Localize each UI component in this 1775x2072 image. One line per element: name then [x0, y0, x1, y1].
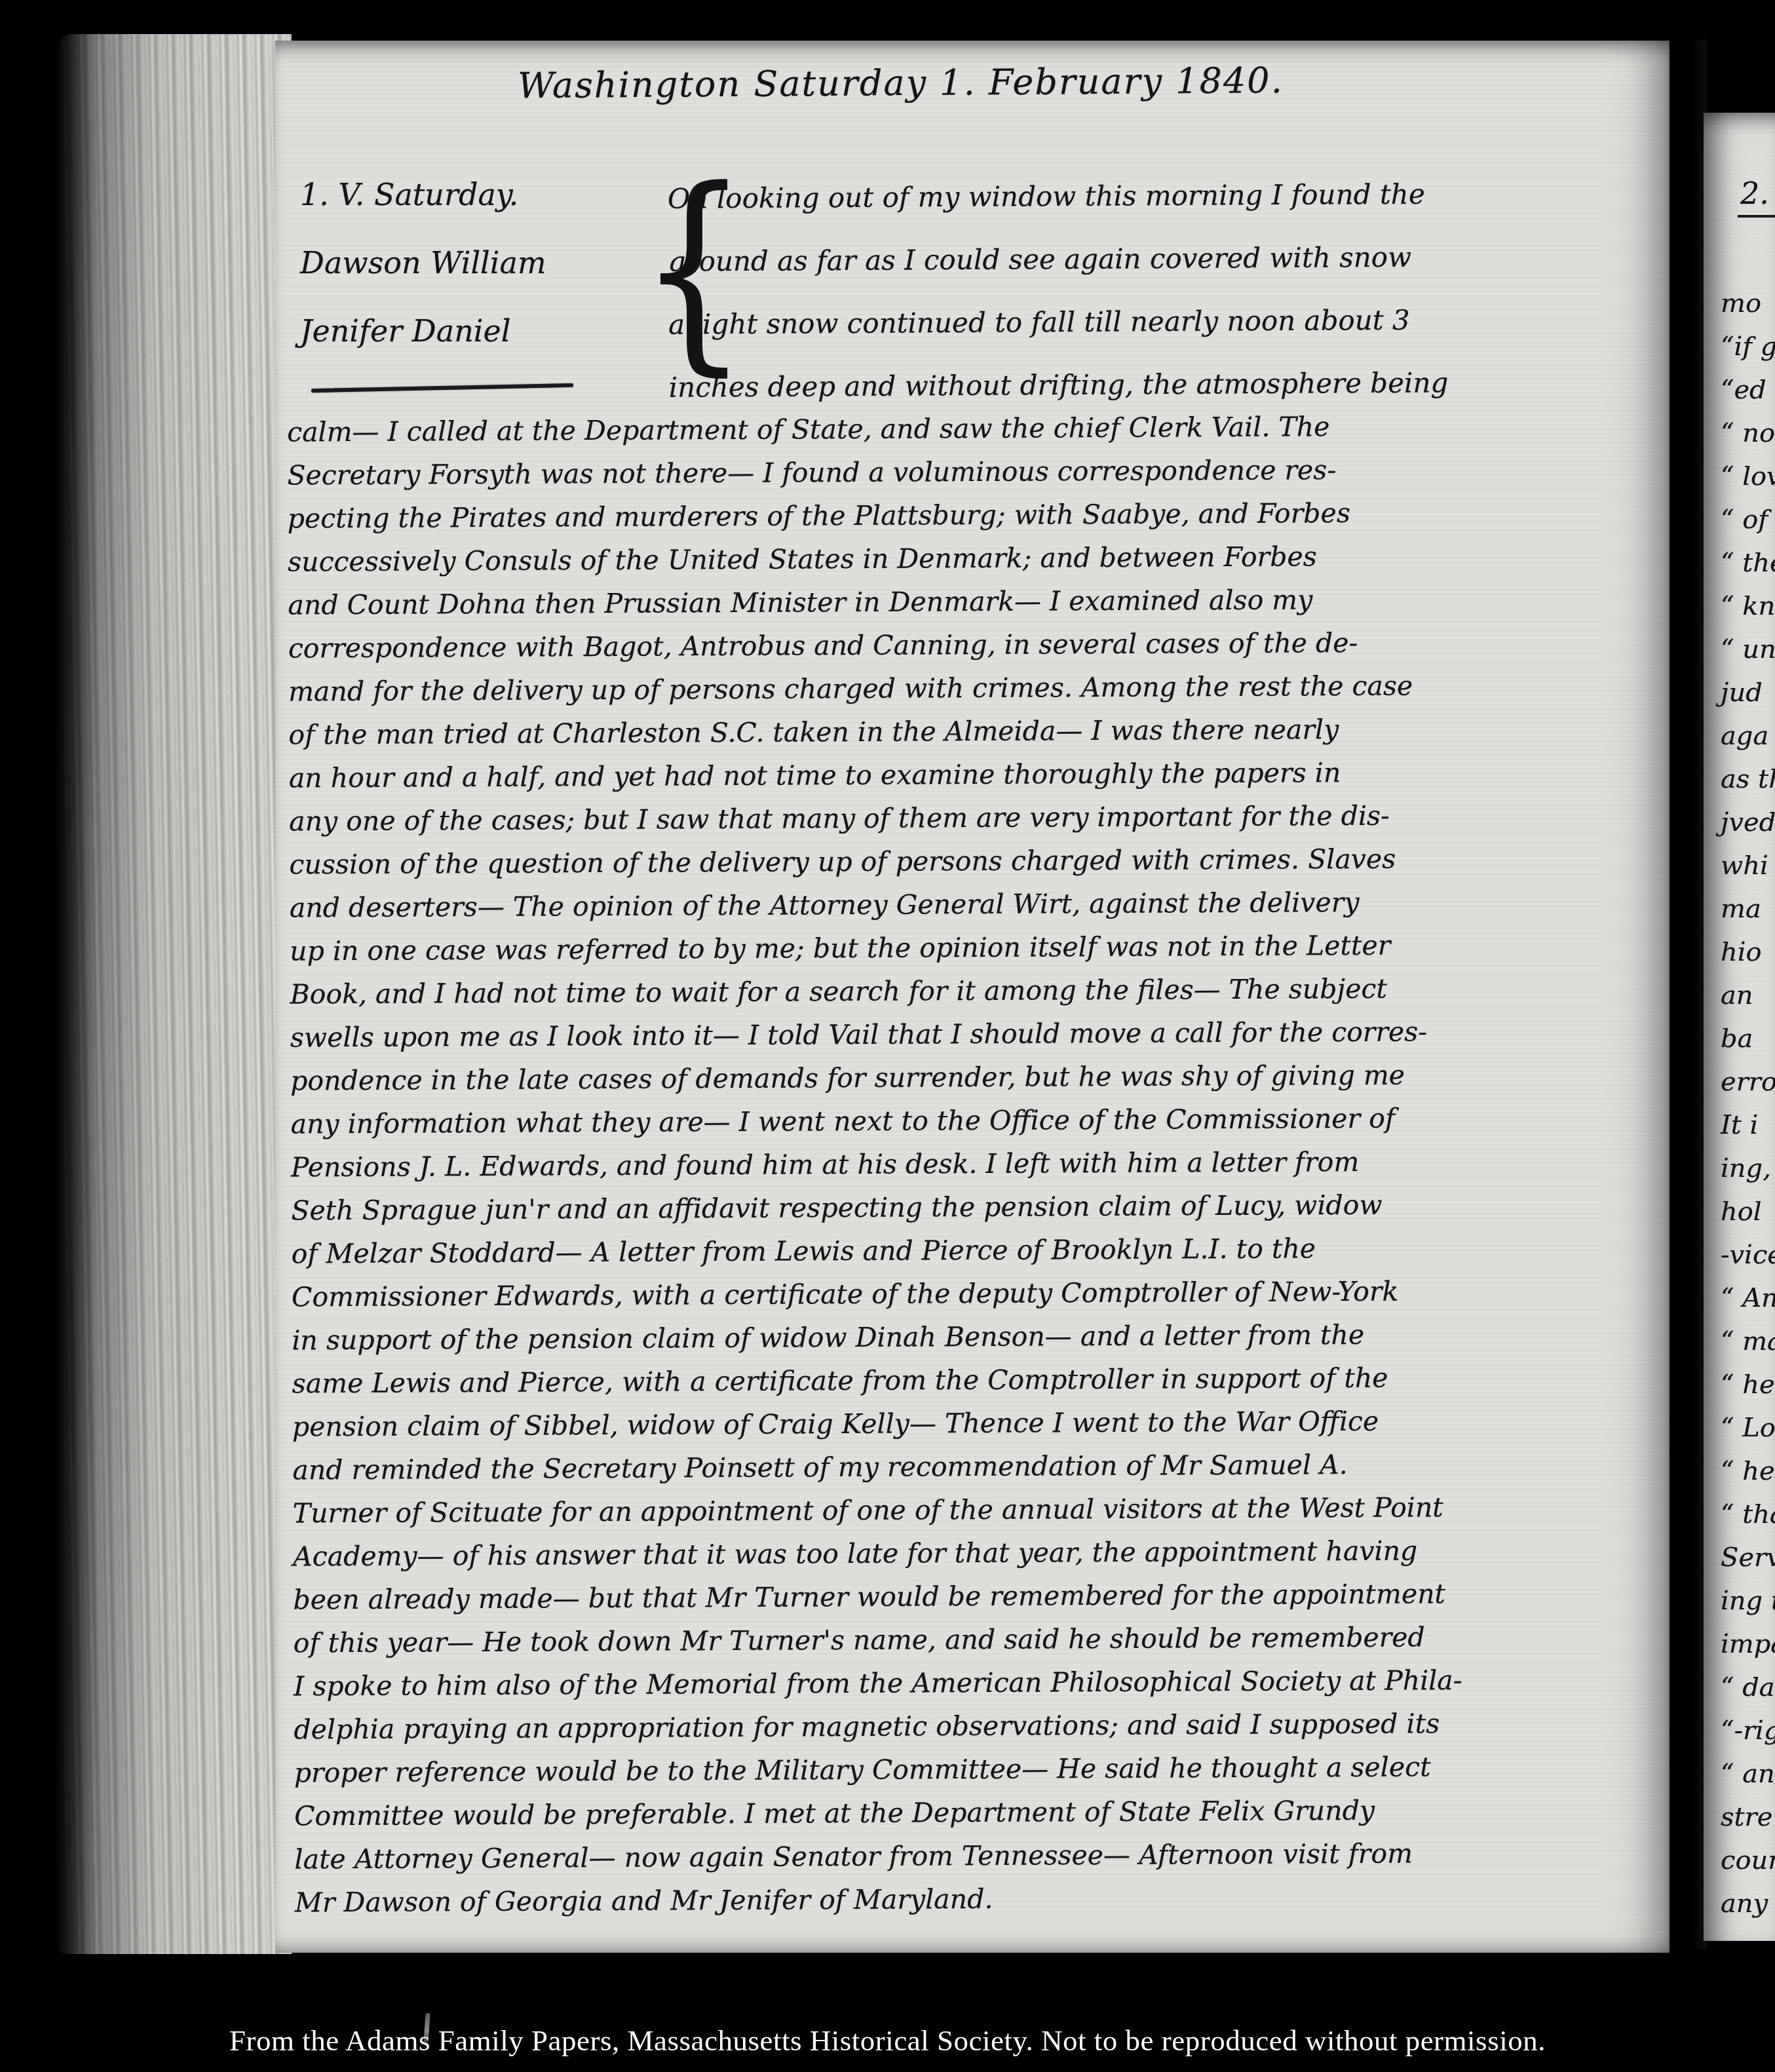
- margin-line: Jenifer Daniel: [300, 313, 641, 381]
- fragment-line: aga: [1721, 721, 1775, 764]
- fragment-line: “ lov: [1721, 461, 1775, 505]
- manuscript-page: Washington Saturday 1. February 1840. 1.…: [275, 41, 1670, 1953]
- fragment-line: “ he g: [1721, 1456, 1775, 1499]
- manuscript-line: any one of the cases; but I saw that man…: [289, 799, 1662, 849]
- manuscript-line: Secretary Forsyth was not there— I found…: [287, 453, 1660, 503]
- manuscript-line: successively Consuls of the United State…: [288, 539, 1660, 590]
- fragment-line: ing, t: [1721, 1153, 1775, 1197]
- filler-stroke: [311, 383, 573, 393]
- fragment-line: “ kn: [1721, 591, 1775, 634]
- manuscript-line: pension claim of Sibbel, widow of Craig …: [292, 1404, 1665, 1455]
- fragment-line: ing t: [1721, 1586, 1775, 1629]
- fragment-line: hol: [1721, 1197, 1775, 1240]
- manuscript-line: I spoke to him also of the Memorial from…: [294, 1664, 1666, 1714]
- page-gutter-shadow: [1668, 39, 1707, 1949]
- book-page-edges: [56, 34, 292, 1954]
- manuscript-line: Commissioner Edwards, with a certificate…: [292, 1275, 1664, 1325]
- fragment-line: erro: [1721, 1067, 1775, 1110]
- fragment-line: “ than: [1721, 1499, 1775, 1543]
- manuscript-line: correspondence with Bagot, Antrobus and …: [288, 626, 1661, 676]
- manuscript-line: a light snow continued to fall till near…: [668, 302, 1665, 371]
- fragment-line: -vice: [1721, 1240, 1775, 1283]
- fragment-line: ma: [1721, 894, 1775, 937]
- entry-intro-lines: On looking out of my window this morning…: [668, 176, 1665, 434]
- fragment-line: “ Lond: [1721, 1413, 1775, 1456]
- fragment-line: Serv: [1721, 1543, 1775, 1586]
- fragment-line: mo: [1721, 288, 1775, 332]
- fragment-line: “ of S: [1721, 505, 1775, 548]
- fragment-line: ba: [1721, 1024, 1775, 1067]
- manuscript-line: up in one case was referred to by me; bu…: [290, 929, 1662, 979]
- fragment-line: “ dam: [1721, 1672, 1775, 1716]
- manuscript-line: of this year— He took down Mr Turner's n…: [294, 1621, 1666, 1671]
- facing-page-number: 2.: [1738, 176, 1775, 218]
- fragment-line: “ and: [1721, 1759, 1775, 1802]
- facing-page-sliver: 2. mo“if g“ed“ not“ lov“ of S“ the“ kn“ …: [1704, 113, 1775, 1941]
- fragment-line: coun: [1721, 1845, 1775, 1889]
- manuscript-line: On looking out of my window this morning…: [668, 176, 1664, 245]
- fragment-line: “ man: [1721, 1326, 1775, 1370]
- manuscript-line: Seth Sprague jun'r and an affidavit resp…: [291, 1188, 1664, 1238]
- fragment-line: “ he f: [1721, 1370, 1775, 1413]
- facing-page-fragments: mo“if g“ed“ not“ lov“ of S“ the“ kn“ und…: [1721, 288, 1775, 1932]
- fragment-line: “ed: [1721, 375, 1775, 418]
- manuscript-line: same Lewis and Pierce, with a certificat…: [292, 1361, 1665, 1411]
- manuscript-line: and Count Dohna then Prussian Minister i…: [288, 583, 1660, 633]
- manuscript-line: been already made— but that Mr Turner wo…: [293, 1577, 1666, 1628]
- margin-line: Dawson William: [300, 245, 641, 313]
- fragment-line: “if g: [1721, 332, 1775, 375]
- fragment-line: stre: [1721, 1802, 1775, 1845]
- manuscript-line: ground as far as I could see again cover…: [668, 239, 1664, 308]
- manuscript-line: of Melzar Stoddard— A letter from Lewis …: [292, 1231, 1664, 1282]
- manuscript-line: Turner of Scituate for an appointment of…: [293, 1491, 1666, 1541]
- fragment-line: “ the: [1721, 548, 1775, 591]
- fragment-line: “ not: [1721, 418, 1775, 461]
- fragment-line: as th: [1721, 764, 1775, 807]
- fragment-line: hio: [1721, 937, 1775, 980]
- margin-line: 1. V. Saturday.: [300, 177, 641, 245]
- fragment-line: jud: [1721, 678, 1775, 721]
- manuscript-line: an hour and a half, and yet had not time…: [289, 756, 1662, 806]
- manuscript-line: late Attorney General— now again Senator…: [294, 1837, 1667, 1887]
- manuscript-line: delphia praying an appropriation for mag…: [294, 1707, 1666, 1757]
- fragment-line: “ und: [1721, 634, 1775, 678]
- fragment-line: “ And: [1721, 1283, 1775, 1326]
- entry-date-heading: Washington Saturday 1. February 1840.: [518, 58, 1500, 106]
- manuscript-line: any information what they are— I went ne…: [290, 1102, 1663, 1152]
- scanned-diary-page: Washington Saturday 1. February 1840. 1.…: [0, 0, 1775, 2072]
- manuscript-line: in support of the pension claim of widow…: [292, 1318, 1664, 1368]
- archive-caption: From the Adams Family Papers, Massachuse…: [0, 2024, 1775, 2058]
- fragment-line: “-righ: [1721, 1716, 1775, 1759]
- manuscript-line: pondence in the late cases of demands fo…: [290, 1058, 1663, 1109]
- manuscript-line: swells upon me as I look into it— I told…: [290, 1015, 1663, 1065]
- manuscript-line: Book, and I had not time to wait for a s…: [290, 972, 1662, 1022]
- fragment-line: It i: [1721, 1110, 1775, 1153]
- fragment-line: an: [1721, 980, 1775, 1024]
- entry-body-lines: calm— I called at the Department of Stat…: [287, 410, 1668, 1930]
- manuscript-line: Committee would be preferable. I met at …: [294, 1794, 1667, 1844]
- fragment-line: any: [1721, 1889, 1775, 1932]
- manuscript-line: of the man tried at Charleston S.C. take…: [288, 712, 1661, 763]
- manuscript-line: Mr Dawson of Georgia and Mr Jenifer of M…: [295, 1880, 1668, 1930]
- fragment-line: whi: [1721, 851, 1775, 894]
- manuscript-line: and reminded the Secretary Poinsett of m…: [292, 1448, 1665, 1498]
- manuscript-line: calm— I called at the Department of Stat…: [287, 410, 1660, 460]
- manuscript-line: pecting the Pirates and murderers of the…: [288, 496, 1660, 547]
- manuscript-line: cussion of the question of the delivery …: [289, 842, 1662, 892]
- manuscript-line: and deserters— The opinion of the Attorn…: [290, 885, 1662, 936]
- manuscript-line: mand for the delivery up of persons char…: [288, 669, 1661, 719]
- fragment-line: impa: [1721, 1629, 1775, 1672]
- margin-name-list: 1. V. Saturday.Dawson WilliamJenifer Dan…: [300, 177, 641, 381]
- fragment-line: jved: [1721, 807, 1775, 851]
- manuscript-line: Pensions J. L. Edwards, and found him at…: [291, 1145, 1664, 1195]
- manuscript-line: Academy— of his answer that it was too l…: [293, 1534, 1666, 1584]
- manuscript-line: proper reference would be to the Militar…: [294, 1750, 1667, 1801]
